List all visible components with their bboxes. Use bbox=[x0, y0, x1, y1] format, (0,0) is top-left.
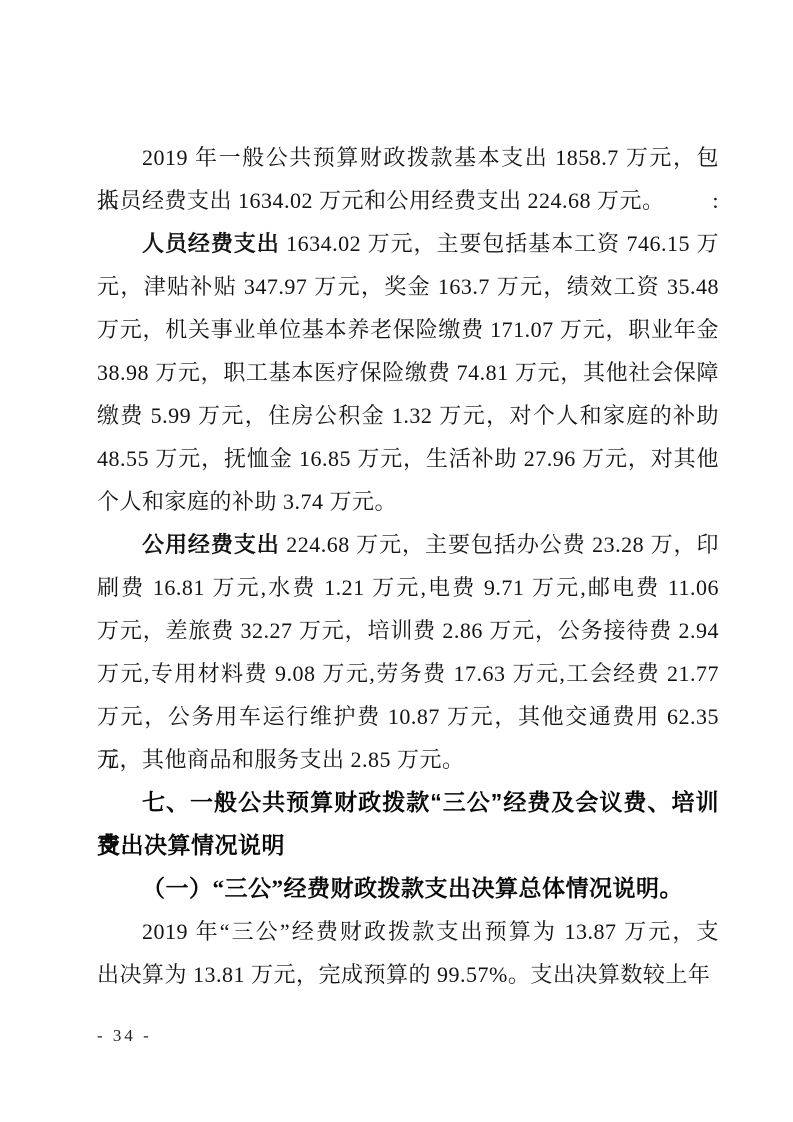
doc-line: 万元，公务用车运行维护费 10.87 万元，其他交通费用 62.35 万 bbox=[97, 695, 719, 738]
doc-line: 万元，差旅费 32.27 万元，培训费 2.86 万元，公务接待费 2.94 bbox=[97, 609, 719, 652]
section-heading-line: 支出决算情况说明 bbox=[97, 824, 719, 867]
doc-line: 万元,专用材料费 9.08 万元,劳务费 17.63 万元,工会经费 21.77 bbox=[97, 652, 719, 695]
section-heading-line: 七、一般公共预算财政拨款“三公”经费及会议费、培训费 bbox=[97, 781, 719, 824]
doc-line: 个人和家庭的补助 3.74 万元。 bbox=[97, 480, 719, 523]
doc-line: 人员经费支出 1634.02 万元，主要包括基本工资 746.15 万 bbox=[97, 222, 719, 265]
doc-line: 2019 年“三公”经费财政拨款支出预算为 13.87 万元，支 bbox=[97, 910, 719, 953]
doc-line: 48.55 万元，抚恤金 16.85 万元，生活补助 27.96 万元，对其他 bbox=[97, 437, 719, 480]
doc-line: 公用经费支出 224.68 万元，主要包括办公费 23.28 万，印 bbox=[97, 523, 719, 566]
page-footer: - 34 - bbox=[97, 1026, 152, 1046]
page-number: - 34 - bbox=[97, 1026, 152, 1045]
doc-line: 缴费 5.99 万元，住房公积金 1.32 万元，对个人和家庭的补助 bbox=[97, 394, 719, 437]
subsection-heading-line: （一）“三公”经费财政拨款支出决算总体情况说明。 bbox=[97, 867, 719, 910]
doc-line: 元，津贴补贴 347.97 万元，奖金 163.7 万元，绩效工资 35.48 bbox=[97, 265, 719, 308]
doc-line: 2019 年一般公共预算财政拨款基本支出 1858.7 万元，包括: bbox=[97, 136, 719, 179]
doc-line: 万元，机关事业单位基本养老保险缴费 171.07 万元，职业年金 bbox=[97, 308, 719, 351]
doc-line-text: 224.68 万元，主要包括办公费 23.28 万，印 bbox=[280, 532, 719, 557]
doc-line: 刷费 16.81 万元,水费 1.21 万元,电费 9.71 万元,邮电费 11… bbox=[97, 566, 719, 609]
document-content: 2019 年一般公共预算财政拨款基本支出 1858.7 万元，包括: 人员经费支… bbox=[97, 136, 719, 996]
doc-line: 元，其他商品和服务支出 2.85 万元。 bbox=[97, 738, 719, 781]
doc-line-text: 1634.02 万元，主要包括基本工资 746.15 万 bbox=[280, 231, 719, 256]
bold-lead-personnel-expense: 人员经费支出 bbox=[142, 231, 280, 256]
bold-lead-public-expense: 公用经费支出 bbox=[142, 532, 280, 557]
doc-line: 38.98 万元，职工基本医疗保险缴费 74.81 万元，其他社会保障 bbox=[97, 351, 719, 394]
doc-line: 人员经费支出 1634.02 万元和公用经费支出 224.68 万元。 bbox=[97, 179, 719, 222]
document-page: 2019 年一般公共预算财政拨款基本支出 1858.7 万元，包括: 人员经费支… bbox=[0, 0, 793, 1122]
doc-line: 出决算为 13.81 万元，完成预算的 99.57%。支出决算数较上年 bbox=[97, 953, 719, 996]
